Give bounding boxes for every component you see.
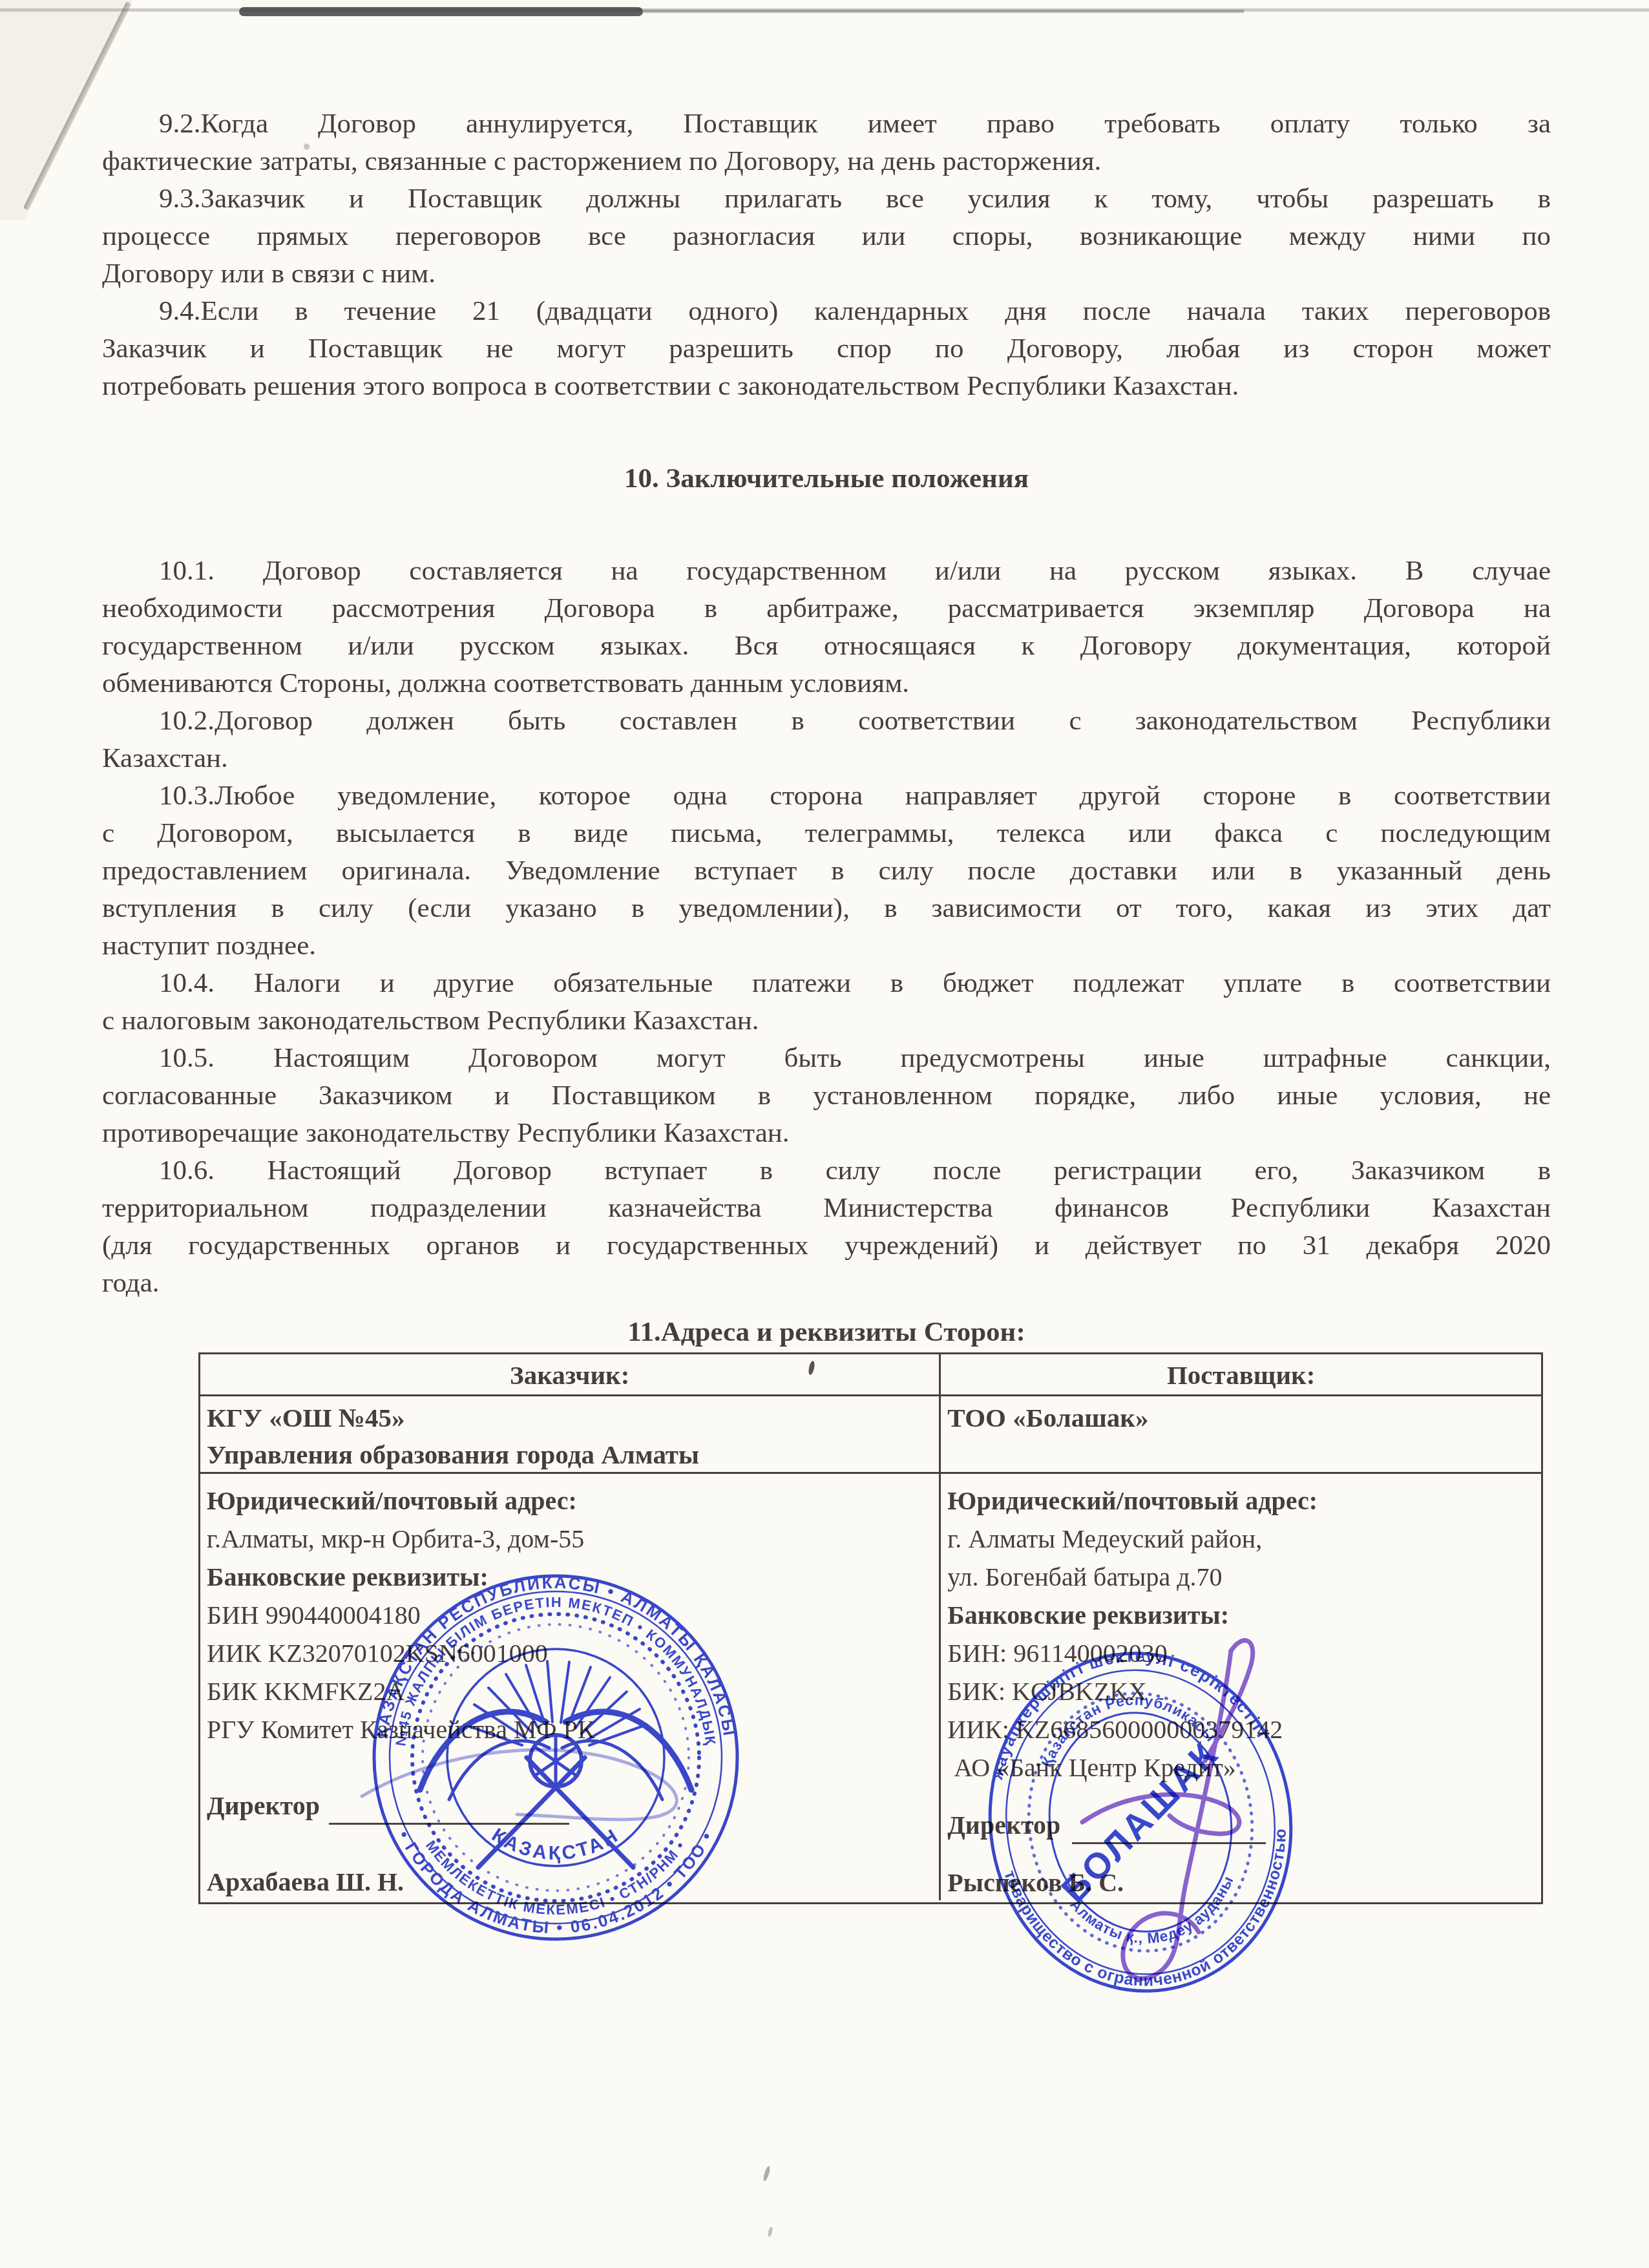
paragraph: 10.2.Договор должен быть составлен в соо… bbox=[102, 702, 1551, 777]
supplier-name-cell: ТОО «Болашак» bbox=[941, 1396, 1541, 1472]
text-line: необходимости рассмотрения Договора в ар… bbox=[102, 590, 1551, 627]
cell-line: ТОО «Болашак» bbox=[947, 1400, 1535, 1436]
text-line: 9.2.Когда Договор аннулируется, Поставщи… bbox=[102, 105, 1551, 143]
table-header-row: Заказчик: Поставщик: bbox=[200, 1354, 1541, 1396]
paragraph: 10.1. Договор составляется на государств… bbox=[102, 552, 1551, 702]
supplier-signature bbox=[1053, 1628, 1325, 1990]
cell-line: Юридический/почтовый адрес: bbox=[207, 1482, 931, 1520]
text-line: фактические затраты, связанные с расторж… bbox=[102, 143, 1551, 180]
paragraph: 10.6. Настоящий Договор вступает в силу … bbox=[102, 1152, 1551, 1302]
text-line: 9.3.Заказчик и Поставщик должны прилагат… bbox=[102, 180, 1551, 218]
scan-artifact-top-smudge bbox=[239, 7, 643, 16]
cell-line: г.Алматы, мкр-н Орбита-3, дом-55 bbox=[207, 1520, 931, 1558]
text-line: с Договором, высылается в виде письма, т… bbox=[102, 815, 1551, 852]
text-line: процессе прямых переговоров все разногла… bbox=[102, 218, 1551, 255]
scan-artifact-top-edge-mid bbox=[643, 10, 1244, 13]
section-heading: 10. Заключительные положения bbox=[102, 460, 1551, 498]
text-line: 10.4. Налоги и другие обязательные плате… bbox=[102, 965, 1551, 1002]
text-line: с налоговым законодательством Республики… bbox=[102, 1002, 1551, 1040]
text-line: Заказчик и Поставщик не могут разрешить … bbox=[102, 330, 1551, 368]
text-line: предоставлением оригинала. Уведомление в… bbox=[102, 852, 1551, 890]
customer-name-cell: КГУ «ОШ №45»Управления образования город… bbox=[200, 1396, 941, 1472]
paragraph: 10.4. Налоги и другие обязательные плате… bbox=[102, 965, 1551, 1040]
text-line: вступления в силу (если указано в уведом… bbox=[102, 890, 1551, 927]
text-line: Казахстан. bbox=[102, 740, 1551, 777]
text-line: территориальном подразделении казначейст… bbox=[102, 1190, 1551, 1227]
scan-speck bbox=[762, 2166, 771, 2182]
text-line: 10.5. Настоящим Договором могут быть пре… bbox=[102, 1040, 1551, 1077]
cell-line: КГУ «ОШ №45» bbox=[207, 1400, 932, 1436]
cell-line: ул. Богенбай батыра д.70 bbox=[947, 1558, 1533, 1596]
paragraph: 9.3.Заказчик и Поставщик должны прилагат… bbox=[102, 180, 1551, 293]
text-line: года. bbox=[102, 1265, 1551, 1302]
text-line: 10.2.Договор должен быть составлен в соо… bbox=[102, 702, 1551, 740]
text-line: 10.1. Договор составляется на государств… bbox=[102, 552, 1551, 590]
cell-line: г. Алматы Медеуский район, bbox=[947, 1520, 1533, 1558]
paragraph: 10.5. Настоящим Договором могут быть пре… bbox=[102, 1040, 1551, 1152]
customer-header-cell: Заказчик: bbox=[200, 1354, 941, 1394]
text-line: 10.6. Настоящий Договор вступает в силу … bbox=[102, 1152, 1551, 1190]
paragraph: 10.3.Любое уведомление, которое одна сто… bbox=[102, 777, 1551, 965]
text-line: противоречащие законодательству Республи… bbox=[102, 1115, 1551, 1152]
scanned-contract-page: 9.2.Когда Договор аннулируется, Поставщи… bbox=[0, 0, 1649, 2268]
cell-line: Управления образования города Алматы bbox=[207, 1436, 932, 1473]
paragraph: 9.2.Когда Договор аннулируется, Поставщи… bbox=[102, 105, 1551, 180]
text-line: 10.3.Любое уведомление, которое одна сто… bbox=[102, 777, 1551, 815]
document-body: 9.2.Когда Договор аннулируется, Поставщи… bbox=[102, 105, 1551, 1351]
text-line: Договору или в связи с ним. bbox=[102, 255, 1551, 293]
text-line: 9.4.Если в течение 21 (двадцати одного) … bbox=[102, 293, 1551, 330]
scan-speck bbox=[768, 2227, 773, 2238]
text-line: потребовать решения этого вопроса в соот… bbox=[102, 368, 1551, 405]
customer-signature bbox=[352, 1719, 753, 1835]
text-line: наступит позднее. bbox=[102, 927, 1551, 965]
org-names-row: КГУ «ОШ №45»Управления образования город… bbox=[200, 1396, 1541, 1474]
paragraph: 9.4.Если в течение 21 (двадцати одного) … bbox=[102, 293, 1551, 405]
cell-line: Юридический/почтовый адрес: bbox=[947, 1482, 1533, 1520]
section-heading: 11.Адреса и реквизиты Сторон: bbox=[102, 1314, 1551, 1351]
text-line: обмениваются Стороны, должна соответство… bbox=[102, 665, 1551, 702]
supplier-header-cell: Поставщик: bbox=[941, 1354, 1541, 1394]
text-line: государственном и/или русском языках. Вс… bbox=[102, 627, 1551, 665]
text-line: (для государственных органов и государст… bbox=[102, 1227, 1551, 1265]
text-line: согласованные Заказчиком и Поставщиком в… bbox=[102, 1077, 1551, 1115]
